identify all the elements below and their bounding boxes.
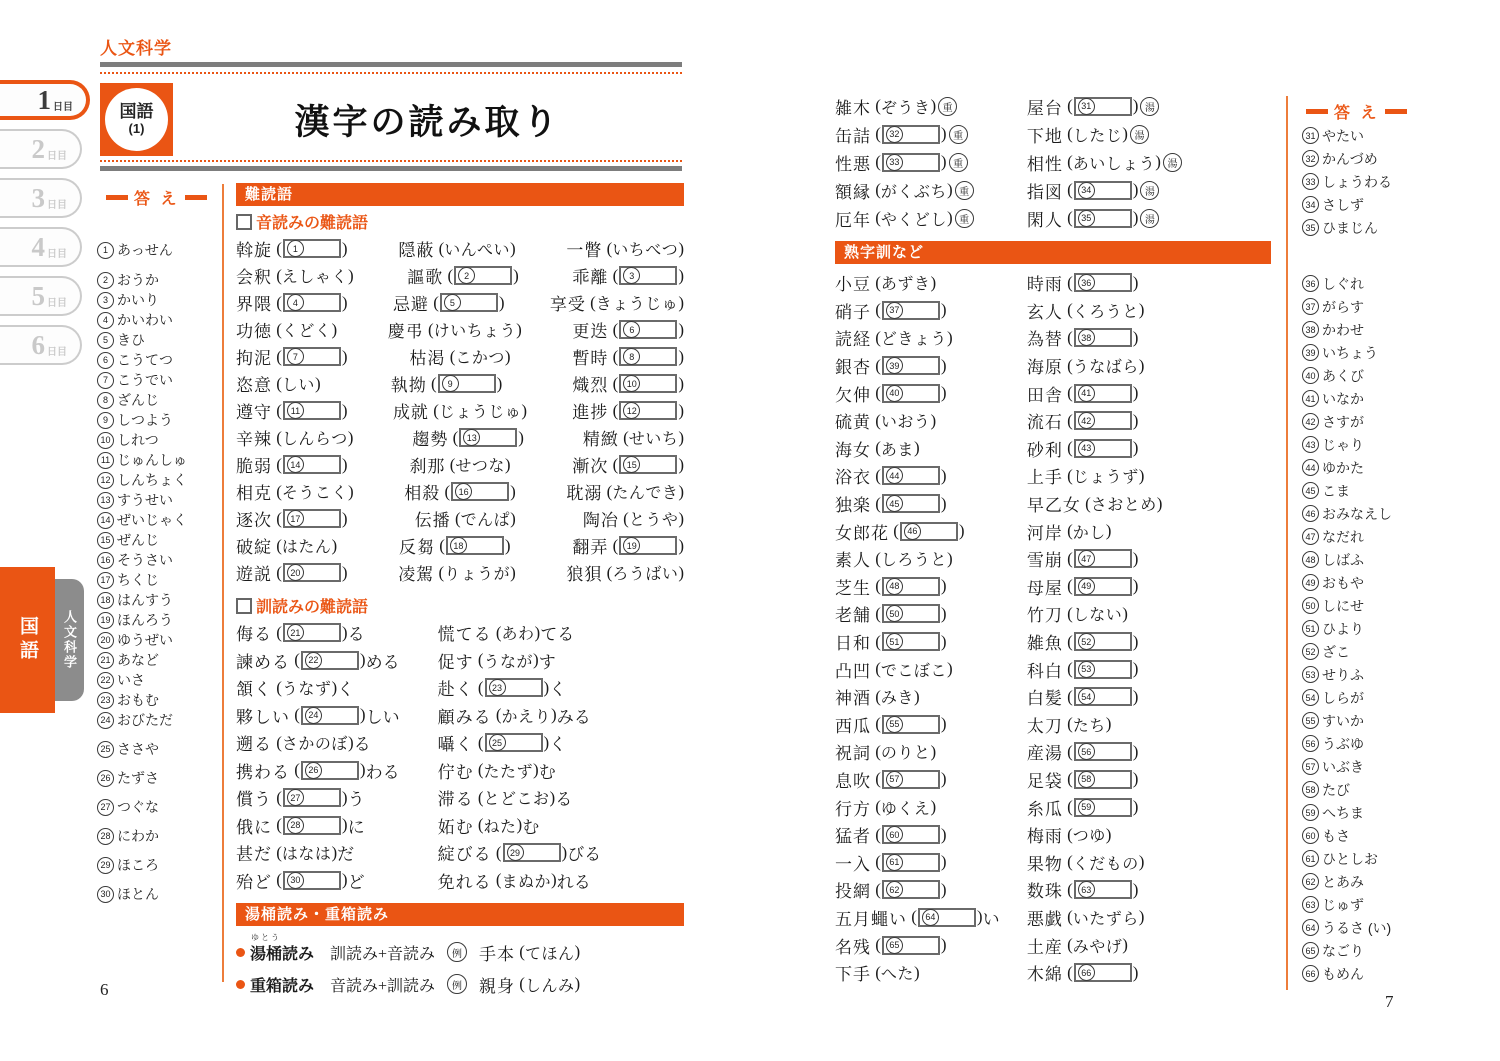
entry-word: 神酒 (835, 684, 871, 709)
circled-number: 27 (97, 799, 114, 816)
entry-word: 滞る (438, 785, 474, 810)
answer-text: にわか (117, 826, 159, 846)
entry: 投網 (62) (835, 877, 1027, 902)
paren: ( (608, 320, 618, 340)
entry-word: 母屋 (1027, 574, 1063, 599)
answer-item: 32かんづめ (1302, 147, 1462, 170)
day-tab-suffix: 日目 (47, 196, 67, 211)
entry-word: 反芻 (399, 533, 435, 558)
entry: 破綻 (はたん) (236, 533, 337, 558)
entry: 赴く (23)く (438, 675, 684, 700)
answer-text: さすが (1322, 412, 1364, 432)
answer-item: 3かいり (97, 290, 225, 310)
paren: ( (272, 623, 282, 643)
entry-row: 五月蠅い (64)い悪戯 (いたずら) (835, 904, 1271, 932)
paren: ) (941, 852, 947, 872)
circled-number: 28 (97, 828, 114, 845)
answer-text: しにせ (1322, 596, 1364, 616)
day-tab-6: 6日目 (0, 325, 82, 365)
paren: ) (941, 152, 947, 172)
entry: 足袋 (58) (1027, 767, 1271, 792)
circled-number: 17 (97, 572, 114, 589)
reading-type-mark-icon: 湯 (1140, 97, 1159, 116)
paren: ) (1157, 494, 1163, 514)
paren: ) (941, 935, 947, 955)
answer-item: 36しぐれ (1302, 272, 1462, 295)
paren: ) (1106, 825, 1112, 845)
entry: 為替 (38) (1027, 325, 1271, 350)
reading-type-mark-icon: 重 (955, 209, 974, 228)
page-title: 漢字の読み取り (173, 83, 682, 156)
paren: ( (871, 576, 881, 596)
entry-okurigana: む (539, 758, 556, 783)
entry: 享受 (きょうじゅ) (550, 290, 684, 315)
entry-word: 硫黄 (835, 408, 871, 433)
circled-number: 41 (1302, 390, 1319, 407)
entry-word: 五月蠅い (835, 905, 907, 930)
entry-reading: じょうず (1073, 464, 1139, 487)
circled-number: 24 (97, 712, 114, 729)
entry-reading: けいちょう (434, 318, 517, 341)
entry-okurigana: む (522, 813, 539, 838)
entry: 砂利 (43) (1027, 436, 1271, 461)
entry-reading: しない (1073, 602, 1123, 625)
paren: ( (272, 678, 282, 698)
section-header-bar: 難読語 (236, 183, 684, 206)
entry: 老舗 (50) (835, 601, 1027, 626)
subsection-label: 訓読みの難読語 (236, 595, 684, 616)
answer-blank-box: 10 (619, 374, 677, 393)
circled-number: 30 (287, 872, 304, 889)
paren: ( (440, 482, 450, 502)
entry-okurigana: う (348, 785, 365, 810)
paren: ) (1139, 466, 1145, 486)
reading-type-line: 重箱読み音読み+訓読み例親身 (しんみ) (236, 971, 684, 997)
answer-text: ひまじん (1322, 218, 1378, 238)
paren: ) (1133, 180, 1139, 200)
entry-word: 上手 (1027, 463, 1063, 488)
entry: 翻弄 (19) (572, 533, 684, 558)
paren: ( (608, 536, 618, 556)
entry-reading: はたん (282, 534, 332, 557)
paren: ( (608, 455, 618, 475)
answer-blank-box: 55 (882, 715, 940, 734)
entry-reading: しい (282, 372, 315, 395)
entry: 悪戯 (いたずら) (1027, 905, 1271, 930)
paren: ( (1063, 328, 1073, 348)
answer-blank-box: 11 (283, 401, 341, 420)
entry-word: 老舗 (835, 601, 871, 626)
answer-blank-box: 29 (503, 843, 561, 862)
paren: ) (941, 604, 947, 624)
entry-word: 逐次 (236, 506, 272, 531)
answer-item: 16そうさい (97, 550, 225, 570)
circled-number: 34 (1302, 196, 1319, 213)
entry-row: 浴衣 (44)上手 (じょうず) (835, 462, 1271, 490)
answer-item: 13すうせい (97, 490, 225, 510)
circled-number: 58 (1078, 771, 1095, 788)
entry-word: 趨勢 (412, 425, 448, 450)
entry-word: 足袋 (1027, 767, 1063, 792)
paren: ( (272, 428, 282, 448)
answer-item: 61ひとしお (1302, 847, 1462, 870)
entry: 息吹 (57) (835, 767, 1027, 792)
paren: ( (1063, 300, 1073, 320)
circled-number: 22 (97, 672, 114, 689)
answer-text: きひ (117, 330, 145, 350)
circled-number: 44 (886, 467, 903, 484)
paren: ( (889, 521, 899, 541)
paren: ( (474, 733, 484, 753)
paren: ) (342, 455, 348, 475)
paren: ( (871, 180, 881, 200)
entry-word: 相性 (1027, 150, 1063, 175)
circled-number: 21 (287, 624, 304, 641)
paren: ( (871, 935, 881, 955)
circled-number: 4 (287, 294, 304, 311)
paren: ( (602, 239, 612, 259)
entry-reading: せつな (455, 453, 505, 476)
entry: 相性 (あいしょう)湯 (1027, 150, 1271, 175)
paren: ) (331, 536, 337, 556)
checkbox-icon (236, 214, 252, 230)
entry-okurigana: く (549, 730, 566, 755)
answer-blank-box: 24 (301, 706, 359, 725)
entry-reading: いおう (881, 409, 931, 432)
paren: ) (1133, 742, 1139, 762)
entry: 日和 (51) (835, 629, 1027, 654)
circled-number: 47 (1302, 528, 1319, 545)
paren: ( (1063, 438, 1073, 458)
answer-text: とあみ (1322, 872, 1364, 892)
answer-item: 35ひまじん (1302, 216, 1462, 239)
paren: ( (1063, 714, 1073, 734)
paren: ) (505, 455, 511, 475)
answer-text: こうてつ (117, 350, 173, 370)
answers-column-left: 1あっせん2おうか3かいり4かいわい5きひ6こうてつ7こうでい8ざんじ9しつよう… (97, 240, 225, 904)
reading-type-line: 湯桶読みゆとう訓読み+音読み例手本 (てほん) (236, 939, 684, 965)
paren: ( (871, 659, 881, 679)
entry-reading: へた (881, 961, 914, 984)
entry: 土産 (みやげ) (1027, 933, 1271, 958)
entry: 会釈 (えしゃく) (236, 263, 354, 288)
circled-number: 57 (1302, 758, 1319, 775)
paren: ) (941, 632, 947, 652)
entry: 逐次 (17) (236, 506, 348, 531)
circled-number: 66 (1078, 964, 1095, 981)
entry-word: 指図 (1027, 178, 1063, 203)
day-tab-4: 4日目 (0, 227, 82, 267)
entry-word: 下地 (1027, 122, 1063, 147)
entry: 指図 (34)湯 (1027, 178, 1271, 203)
entry-word: 田舎 (1027, 381, 1063, 406)
paren: ) (505, 536, 511, 556)
entry-word: 投網 (835, 877, 871, 902)
circled-number: 8 (623, 348, 640, 365)
entry: 硝子 (37) (835, 298, 1027, 323)
entry-word: 功徳 (236, 317, 272, 342)
paren: ( (272, 536, 282, 556)
answers-label: 答 え (1334, 100, 1379, 123)
paren: ) (941, 769, 947, 789)
answer-blank-box: 4 (283, 293, 341, 312)
circled-number: 11 (287, 402, 304, 419)
entry: 暫時 (8) (572, 344, 684, 369)
answer-blank-box: 64 (918, 908, 976, 927)
circled-number: 56 (1302, 735, 1319, 752)
answer-item: 56うぶゆ (1302, 732, 1462, 755)
entry: 木綿 (66) (1027, 960, 1271, 985)
circled-number: 25 (489, 734, 506, 751)
paren: ( (290, 650, 300, 670)
answer-item: 22いさ (97, 670, 225, 690)
paren: ( (515, 942, 525, 962)
paren: ( (290, 705, 300, 725)
entry-row: 行方 (ゆくえ)糸瓜 (59) (835, 793, 1271, 821)
day-tab-suffix: 日目 (53, 98, 73, 113)
paren: ) (678, 293, 684, 313)
paren: ( (871, 438, 881, 458)
circled-number: 53 (1302, 666, 1319, 683)
day-tab-number: 5 (32, 283, 46, 310)
entry-word: 顧みる (438, 703, 492, 728)
paren: ) (947, 180, 953, 200)
entry: 慶弔 (けいちょう) (388, 317, 522, 342)
paren: ( (272, 509, 282, 529)
entry: 雑魚 (52) (1027, 629, 1271, 654)
paren: ( (272, 266, 282, 286)
paren: ( (272, 293, 282, 313)
answer-blank-box: 21 (283, 623, 341, 642)
section-header-bar: 熟字訓など (835, 241, 1271, 264)
header-rule-bottom (100, 166, 682, 171)
circled-number: 52 (1078, 633, 1095, 650)
paren: ( (608, 347, 618, 367)
paren: ) (1133, 632, 1139, 652)
paren: ) (1133, 208, 1139, 228)
paren: ) (930, 273, 936, 293)
column-divider-right (1286, 96, 1288, 990)
paren: ( (1063, 124, 1073, 144)
answer-text: しつよう (117, 410, 173, 430)
answer-blank-box: 33 (882, 153, 940, 172)
circled-number: 18 (450, 537, 467, 554)
circled-number: 19 (623, 537, 640, 554)
circled-number: 33 (886, 154, 903, 171)
paren: ) (331, 320, 337, 340)
entry-row: 銀杏 (39)海原 (うなばら) (835, 352, 1271, 380)
paren: ( (608, 374, 618, 394)
paren: ( (272, 733, 282, 753)
answer-text: もさ (1322, 826, 1350, 846)
entry: 侮る (21)る (236, 620, 438, 645)
paren: ( (871, 549, 881, 569)
answer-text: しれつ (117, 430, 159, 450)
entry: 銀杏 (39) (835, 353, 1027, 378)
paren: ) (941, 124, 947, 144)
entry: 田舎 (41) (1027, 381, 1271, 406)
reading-type-term: 湯桶読みゆとう (250, 941, 314, 964)
answer-blank-box: 44 (882, 466, 940, 485)
entry: 西瓜 (55) (835, 712, 1027, 737)
paren: ( (1063, 576, 1073, 596)
paren: ) (947, 328, 953, 348)
answer-item: 65なごり (1302, 939, 1462, 962)
entry-reading: あわ (502, 621, 535, 644)
entry-reading: しろうと (881, 547, 947, 570)
entry-row: 頷く (うなず)く赴く (23)く (236, 674, 684, 702)
answer-item: 46おみなえし (1302, 502, 1462, 525)
entry-word: 陶冶 (583, 506, 619, 531)
reading-type-mark-icon: 湯 (1140, 181, 1159, 200)
entry-okurigana: す (539, 648, 556, 673)
answers-column-right: 31やたい32かんづめ33しょうわる34さしず35ひまじん36しぐれ37がらす3… (1302, 124, 1462, 985)
entry-reading: でんぱ (461, 507, 511, 530)
paren: ) (678, 455, 684, 475)
answer-blank-box: 35 (1074, 209, 1132, 228)
entry-row: 遡る (さかのぼ)る囁く (25)く (236, 729, 684, 757)
paren: ( (1063, 742, 1073, 762)
entry: 辛辣 (しんらつ) (236, 425, 353, 450)
circled-number: 35 (1078, 210, 1095, 227)
entry-reading: うなが (484, 649, 534, 672)
circled-number: 46 (1302, 505, 1319, 522)
entry-word: 白髪 (1027, 684, 1063, 709)
answers-header-left: 答 え (100, 186, 213, 209)
paren: ) (930, 411, 936, 431)
paren: ( (434, 239, 444, 259)
answer-text: すいか (1322, 711, 1364, 731)
circled-number: 35 (1302, 219, 1319, 236)
entry-word: 囁く (438, 730, 474, 755)
answer-item: 42さすが (1302, 410, 1462, 433)
answer-item: 21あなど (97, 650, 225, 670)
circled-number: 7 (287, 348, 304, 365)
paren: ) (1139, 300, 1145, 320)
answer-text: いさ (117, 670, 145, 690)
entry-row: 功徳 (くどく)慶弔 (けいちょう)更迭 (6) (236, 316, 684, 343)
paren: ( (474, 788, 484, 808)
entry-reading: せいち (629, 426, 679, 449)
answer-blank-box: 19 (619, 536, 677, 555)
circled-number: 49 (1078, 578, 1095, 595)
entry: 芝生 (48) (835, 574, 1027, 599)
paren: ( (871, 852, 881, 872)
reading-type-term: 重箱読み (250, 973, 314, 996)
answer-text: なごり (1322, 941, 1364, 961)
entry: 梅雨 (つゆ) (1027, 822, 1271, 847)
paren: ) (678, 320, 684, 340)
paren: ) (1133, 383, 1139, 403)
circled-number: 15 (97, 532, 114, 549)
answer-item: 8ざんじ (97, 390, 225, 410)
answer-blank-box: 5 (440, 293, 498, 312)
entry-okurigana: める (366, 648, 400, 673)
header-rule-top (100, 62, 682, 67)
entry-word: 銀杏 (835, 353, 871, 378)
circled-number: 10 (623, 375, 640, 392)
circled-number: 7 (97, 372, 114, 389)
entry-okurigana: る (348, 620, 365, 645)
answer-text: やたい (1322, 126, 1364, 146)
entry-row: 携わる (26)わる佇む (たたず)む (236, 757, 684, 785)
circled-number: 32 (886, 126, 903, 143)
paren: ) (1133, 797, 1139, 817)
answer-item: 43じゃり (1302, 433, 1462, 456)
entry-word: 雑木 (835, 94, 871, 119)
entry-word: 赴く (438, 675, 474, 700)
entry: 上手 (じょうず) (1027, 463, 1271, 488)
entry: 隠蔽 (いんぺい) (398, 236, 515, 261)
paren: ( (619, 428, 629, 448)
entry: 太刀 (たち) (1027, 712, 1271, 737)
day-tab-suffix: 日目 (47, 343, 67, 358)
entry-word: 辛辣 (236, 425, 272, 450)
entry-word: 太刀 (1027, 712, 1063, 737)
dash-icon (1385, 109, 1407, 114)
circled-number: 56 (1078, 743, 1095, 760)
entry: 海女 (あま) (835, 436, 1027, 461)
entry: 成就 (じょうじゅ) (393, 398, 527, 423)
circled-number: 30 (97, 886, 114, 903)
entry: 厄年 (やくどし)重 (835, 206, 1027, 231)
answer-blank-box: 49 (1074, 577, 1132, 596)
circled-number: 20 (287, 564, 304, 581)
entry-word: 俄に (236, 813, 272, 838)
paren: ) (947, 208, 953, 228)
circled-number: 5 (97, 332, 114, 349)
answer-text: あっせん (117, 240, 173, 260)
entry-reading: きょうじゅ (596, 291, 679, 314)
answer-blank-box: 45 (882, 494, 940, 513)
circled-number: 20 (97, 632, 114, 649)
entry: 精緻 (せいち) (583, 425, 684, 450)
bullet-icon (236, 948, 245, 957)
circled-number: 24 (305, 707, 322, 724)
entry-row: 海女 (あま)砂利 (43) (835, 435, 1271, 463)
paren: ) (1133, 328, 1139, 348)
entry-word: 恣意 (236, 371, 272, 396)
entry-word: 一瞥 (566, 236, 602, 261)
answer-text: じゃり (1322, 435, 1364, 455)
answer-text: ぜんじ (117, 530, 159, 550)
entry: 耽溺 (たんでき) (566, 479, 684, 504)
answer-blank-box: 52 (1074, 632, 1132, 651)
circled-number: 29 (97, 857, 114, 874)
entry-row: 逐次 (17)伝播 (でんぱ)陶冶 (とうや) (236, 505, 684, 532)
entry-word: 西瓜 (835, 712, 871, 737)
answer-item: 25ささや (97, 739, 225, 759)
entry: 五月蠅い (64)い (835, 905, 1027, 930)
entry-word: 償う (236, 785, 272, 810)
paren: ( (1063, 907, 1073, 927)
page-number-left: 6 (100, 980, 109, 1000)
paren: ) (497, 374, 503, 394)
paren: ) (1133, 880, 1139, 900)
day-tab-3: 3日目 (0, 178, 82, 218)
circled-number: 16 (455, 483, 472, 500)
paren: ) (342, 401, 348, 421)
entry: 陶冶 (とうや) (583, 506, 684, 531)
circled-number: 46 (904, 523, 921, 540)
paren: ( (272, 843, 282, 863)
circled-number: 60 (1302, 827, 1319, 844)
entry-word: 狼狽 (566, 560, 602, 585)
entry-word: 小豆 (835, 270, 871, 295)
entry-reading: くどく (282, 318, 332, 341)
answer-item: 14ぜいじゃく (97, 510, 225, 530)
circled-number: 63 (1302, 896, 1319, 913)
